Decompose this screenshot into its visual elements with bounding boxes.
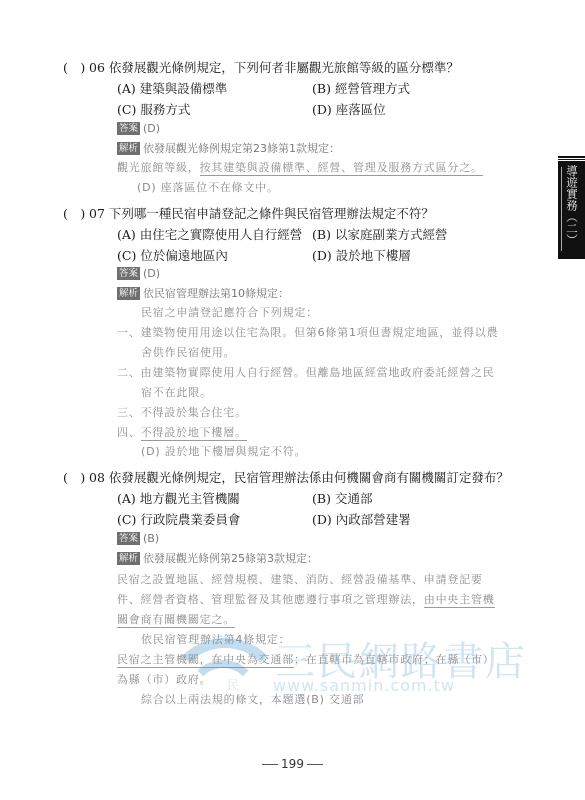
option-text: 行政院農業委員會 [140,512,240,527]
answer-value: (B) [143,532,159,545]
question-number: 07 [89,206,105,221]
analysis-conclusion: (D) 座落區位不在條文中。 [137,180,279,196]
option-b: (B) 以家庭副業方式經營 [312,227,447,243]
option-key: (B) [312,81,331,96]
option-text: 由住宅之實際使用人自行經營 [140,227,303,242]
analysis-conclusion: 綜合以上兩法規的條文，本題選(B) 交通部 [141,692,364,708]
option-text: 經營管理方式 [335,81,410,96]
option-c: (C) 服務方式 [117,102,190,118]
option-text: 建築與設備標準 [140,81,228,96]
analysis-text: 依發展觀光條例規定第23條第1款規定： [143,142,340,155]
option-d: (D) 內政部營建署 [312,512,411,528]
analysis-line: 三、不得設於集合住宅。 [117,405,247,421]
option-c: (C) 行政院農業委員會 [117,512,240,528]
analysis-line: 關會商有關機關定之。 [117,612,235,628]
option-b: (B) 經營管理方式 [312,81,410,97]
analysis-tag: 解析 [117,552,140,565]
option-c: (C) 位於偏遠地區內 [117,248,228,264]
analysis-conclusion: (D) 設於地下樓層與規定不符。 [141,444,306,460]
option-text: 地方觀光主管機關 [140,491,240,506]
analysis-underlined-text: 民宿之主管機關，在中央為交通部 [117,653,294,668]
answer-tag: 答案 [117,122,140,135]
question-number: 08 [89,470,105,485]
analysis-text: 件、經營者資格、管理監督及其他應遵行事項之管理辦法， [117,593,424,606]
answer-blank: ( ) [63,470,89,486]
analysis-text: ；在直轄市為直轄市政府；在縣（市） [294,653,495,666]
option-key: (A) [117,491,136,506]
option-text: 設於地下樓層 [336,248,411,263]
question-06: ( )06 依發展觀光條例規定，下列何者非屬觀光旅館等級的區分標準？ [63,60,459,76]
analysis-row: 解析依民宿管理辦法第10條規定： [117,286,289,302]
analysis-line: 觀光旅館等級，按其建築與設備標準、經營、管理及服務方式區分之。 [117,160,483,176]
page-number-value: 199 [281,757,304,771]
option-key: (A) [117,227,136,242]
question-07: ( )07 下列哪一種民宿申請登記之條件與民宿管理辦法規定不符？ [63,206,434,222]
option-key: (A) [117,81,136,96]
answer-value: (D) [143,122,160,135]
analysis-text: 依民宿管理辦法第10條規定： [143,287,289,300]
option-key: (C) [117,102,136,117]
analysis-line: 宿不在此限。 [141,385,212,401]
option-key: (C) [117,512,136,527]
option-text: 交通部 [335,491,373,506]
analysis-line: 舍供作民宿使用。 [141,345,235,361]
option-key: (B) [312,491,331,506]
analysis-row: 解析依發展觀光條例第25條第3款規定： [117,551,318,567]
option-key: (D) [312,248,332,263]
analysis-text: 四、 [117,426,141,439]
option-a: (A) 由住宅之實際使用人自行經營 [117,227,302,243]
side-tab-border-bottom [558,256,585,259]
document-page: 導遊實務（二） ( )06 依發展觀光條例規定，下列何者非屬觀光旅館等級的區分標… [0,0,585,800]
option-key: (C) [117,248,136,263]
analysis-line: 依民宿管理辦法第4條規定： [141,632,290,648]
chapter-side-tab-label: 導遊實務（二） [564,165,578,246]
question-stem: 依發展觀光條例規定，民宿管理辦法係由何機關會商有關機關訂定發布？ [109,470,509,485]
option-text: 服務方式 [140,102,190,117]
analysis-line: 民宿之主管機關，在中央為交通部；在直轄市為直轄市政府；在縣（市） [117,652,495,668]
question-number: 06 [89,60,105,75]
analysis-text: 依發展觀光條例第25條第3款規定： [143,552,318,565]
analysis-tag: 解析 [117,142,140,155]
analysis-underlined-text: 關會商有關機關定之。 [117,613,235,628]
option-text: 位於偏遠地區內 [140,248,228,263]
analysis-underlined-text: 按其建築與設備標準、經營、管理及服務方式區分之。 [200,161,483,176]
analysis-row: 解析依發展觀光條例規定第23條第1款規定： [117,141,340,157]
analysis-underlined-text: 由中央主管機 [424,593,495,608]
question-stem: 依發展觀光條例規定，下列何者非屬觀光旅館等級的區分標準？ [109,60,459,75]
analysis-line: 民宿之設置地區、經營規模、建築、消防、經營設備基準、申請登記要 [117,572,483,588]
option-key: (D) [312,102,332,117]
answer-blank: ( ) [63,60,89,76]
answer-row: 答案(D) [117,121,160,137]
answer-tag: 答案 [117,267,140,280]
answer-blank: ( ) [63,206,89,222]
page-number-dash-left [262,764,278,765]
analysis-line: 為縣（市）政府。 [117,672,211,688]
watermark-logo-char: 民 [227,676,239,693]
analysis-tag: 解析 [117,287,140,300]
option-text: 以家庭副業方式經營 [335,227,448,242]
option-text: 座落區位 [336,102,386,117]
option-a: (A) 建築與設備標準 [117,81,227,97]
question-08: ( )08 依發展觀光條例規定，民宿管理辦法係由何機關會商有關機關訂定發布？ [63,470,509,486]
analysis-text: 觀光旅館等級， [117,161,200,174]
question-stem: 下列哪一種民宿申請登記之條件與民宿管理辦法規定不符？ [109,206,434,221]
answer-row: 答案(D) [117,266,160,282]
answer-tag: 答案 [117,532,140,545]
option-text: 內政部營建署 [336,512,411,527]
analysis-underlined-text: 不得設於地下樓層。 [141,426,247,441]
analysis-line: 民宿之申請登記應符合下列規定： [141,305,318,321]
option-key: (D) [312,512,332,527]
option-d: (D) 設於地下樓層 [312,248,411,264]
page-number: 199 [0,757,585,771]
option-a: (A) 地方觀光主管機關 [117,491,240,507]
option-key: (B) [312,227,331,242]
option-d: (D) 座落區位 [312,102,386,118]
option-b: (B) 交通部 [312,491,372,507]
analysis-line: 二、由建築物實際使用人自行經營。但離島地區經當地政府委託經營之民 [117,365,495,381]
answer-value: (D) [143,267,160,280]
chapter-side-tab: 導遊實務（二） [558,158,585,259]
analysis-line: 件、經營者資格、管理監督及其他應遵行事項之管理辦法，由中央主管機 [117,592,495,608]
answer-row: 答案(B) [117,531,159,547]
analysis-line: 一、建築物使用用途以住宅為限。但第6條第1項但書規定地區，並得以農 [117,325,498,341]
analysis-line: 四、不得設於地下樓層。 [117,425,247,441]
page-number-dash-right [307,764,323,765]
